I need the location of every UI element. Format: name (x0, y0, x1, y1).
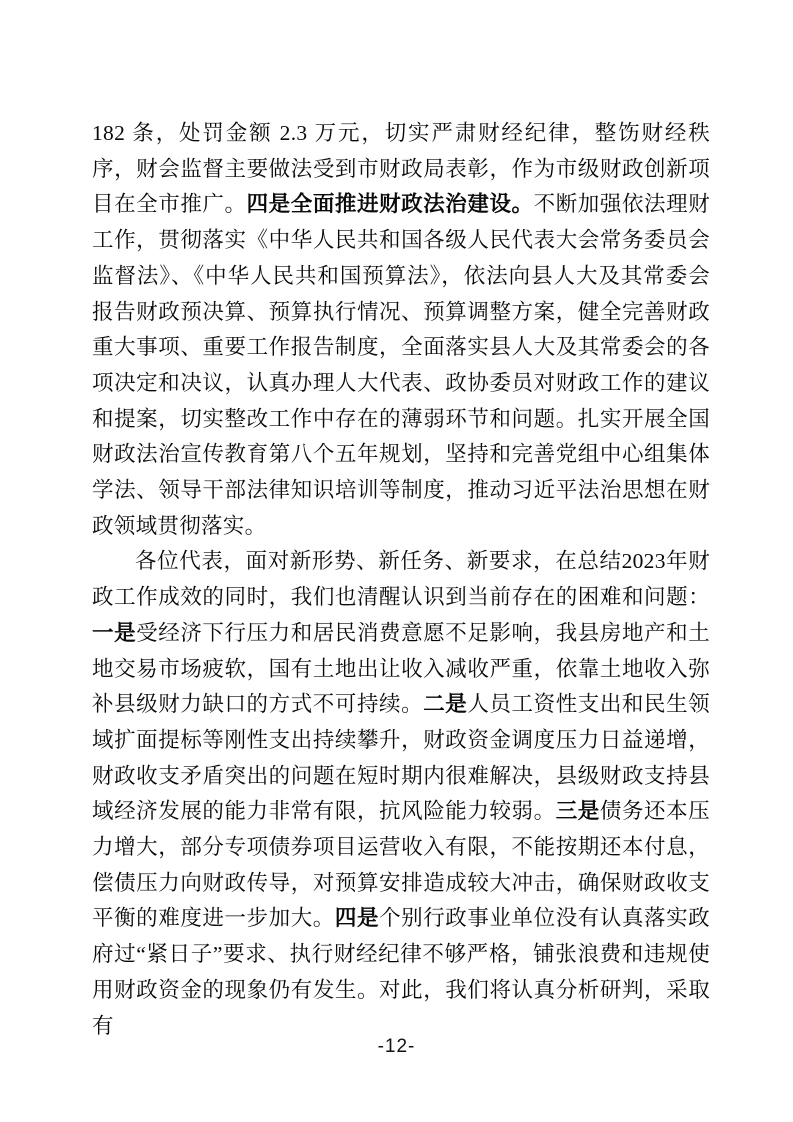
text-run: 各位代表，面对新形势、新任务、新要求，在总结2023年财政工作成效的同时，我们也… (92, 549, 710, 609)
text-run-bold-item-2: 二是 (423, 692, 467, 716)
text-run-bold-item-1: 一是 (92, 621, 136, 645)
paragraph-problems: 各位代表，面对新形势、新任务、新要求，在总结2023年财政工作成效的同时，我们也… (92, 544, 710, 1044)
text-run-bold-item-3: 三是 (556, 799, 600, 823)
page-footer: -12- (0, 1036, 793, 1058)
text-run: 不断加强依法理财工作，贯彻落实《中华人民共和国各级人民代表大会常务委员会监督法》… (92, 192, 710, 537)
document-page: 182 条，处罚金额 2.3 万元，切实严肃财经纪律，整饬财经秩序，财会监督主要… (0, 0, 793, 1122)
paragraph-continuation: 182 条，处罚金额 2.3 万元，切实严肃财经纪律，整饬财经秩序，财会监督主要… (92, 116, 710, 544)
text-run-bold-heading: 四是全面推进财政法治建设。 (247, 192, 534, 216)
page-number: -12- (378, 1036, 416, 1057)
text-run-bold-item-4: 四是 (335, 906, 379, 930)
document-body: 182 条，处罚金额 2.3 万元，切实严肃财经纪律，整饬财经秩序，财会监督主要… (92, 116, 710, 1044)
